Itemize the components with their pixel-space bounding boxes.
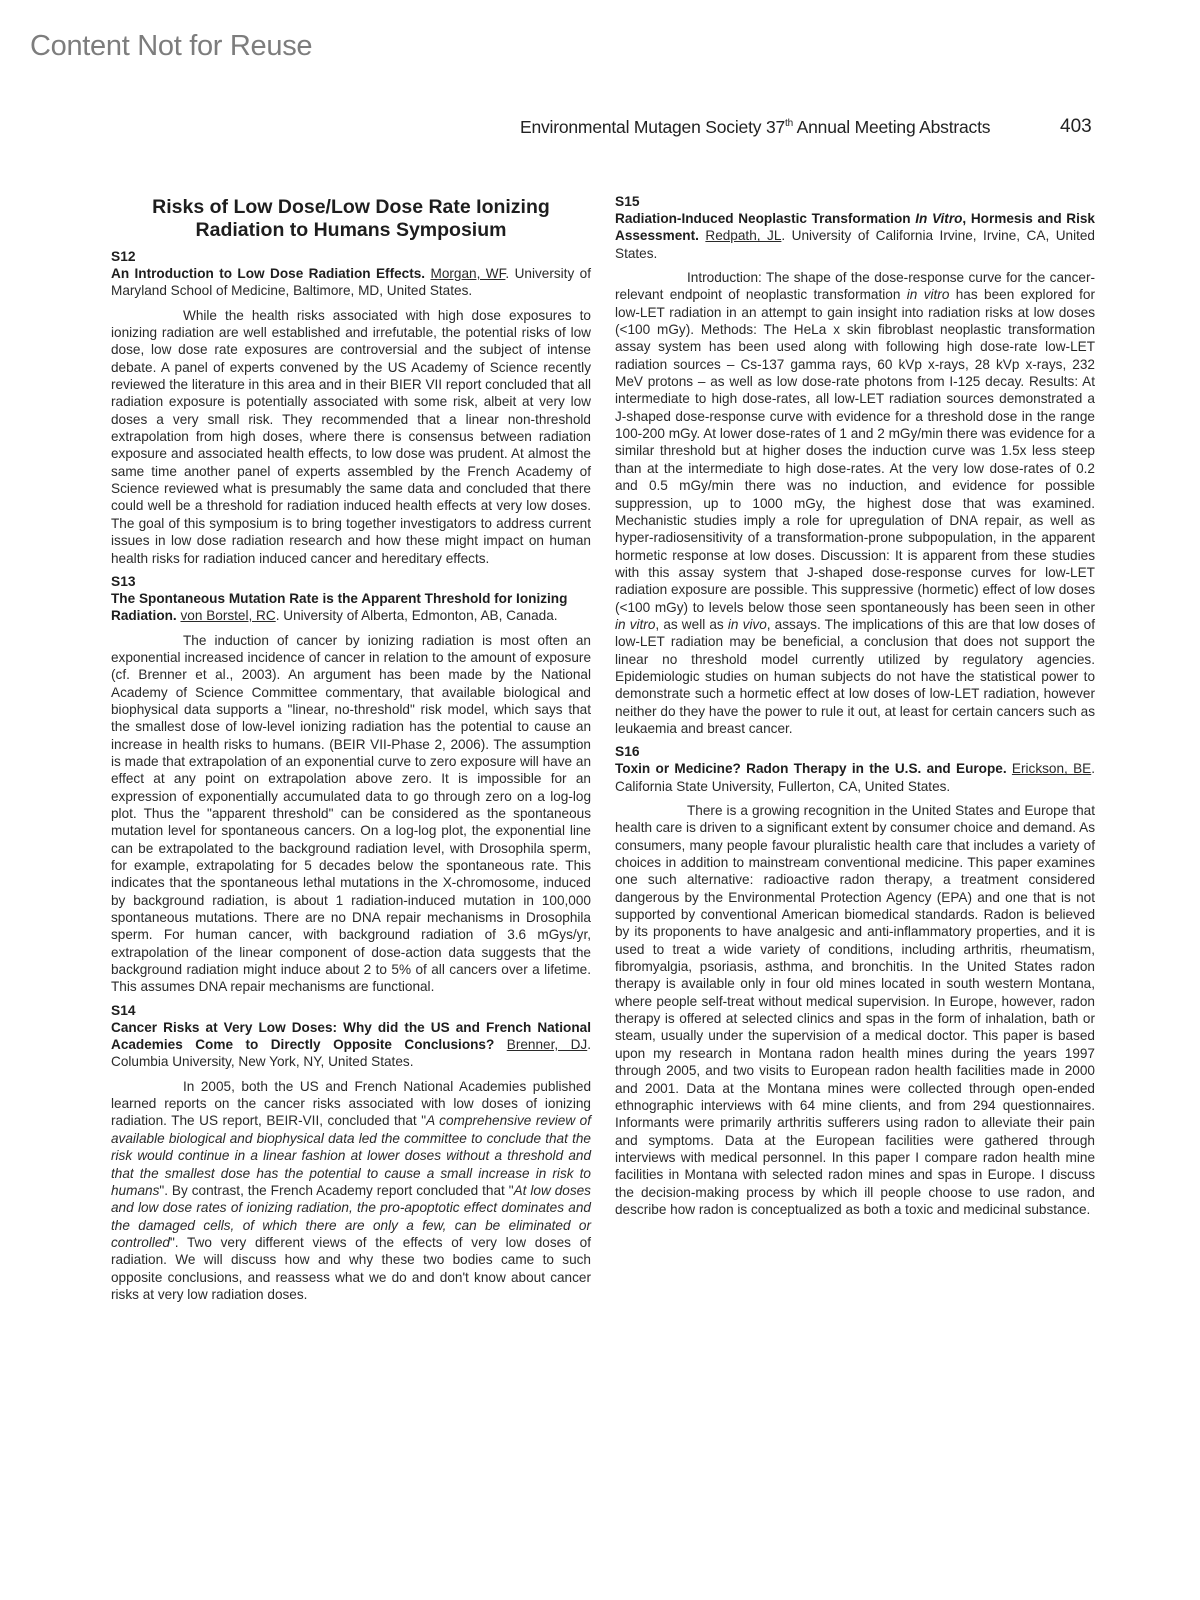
abstract-s13: S13 The Spontaneous Mutation Rate is the… bbox=[111, 573, 591, 996]
body-text: ". Two very different views of the effec… bbox=[111, 1235, 591, 1302]
body-text: , as well as bbox=[655, 617, 727, 632]
running-head-sup: th bbox=[785, 118, 793, 129]
abstract-id: S12 bbox=[111, 248, 591, 265]
body-italic: in vitro bbox=[615, 617, 655, 632]
abstract-header: The Spontaneous Mutation Rate is the App… bbox=[111, 590, 591, 625]
title-italic: In Vitro bbox=[915, 211, 962, 226]
affiliation: . University of Alberta, Edmonton, AB, C… bbox=[276, 608, 558, 623]
abstract-header: Radiation-Induced Neoplastic Transformat… bbox=[615, 210, 1095, 262]
abstract-header: Cancer Risks at Very Low Doses: Why did … bbox=[111, 1019, 591, 1071]
author-link[interactable]: Erickson, BE bbox=[1012, 761, 1091, 776]
abstract-s12: S12 An Introduction to Low Dose Radiatio… bbox=[111, 248, 591, 567]
author-link[interactable]: von Borstel, RC bbox=[181, 608, 276, 623]
body-italic: in vivo bbox=[728, 617, 767, 632]
body-text: has been explored for low-LET radiation … bbox=[615, 287, 1095, 614]
abstract-id: S15 bbox=[615, 193, 1095, 210]
abstract-id: S14 bbox=[111, 1002, 591, 1019]
title-text: Radiation-Induced Neoplastic Transformat… bbox=[615, 211, 915, 226]
abstract-header: An Introduction to Low Dose Radiation Ef… bbox=[111, 265, 591, 300]
symposium-title: Risks of Low Dose/Low Dose Rate Ionizing… bbox=[111, 196, 591, 242]
abstract-s16: S16 Toxin or Medicine? Radon Therapy in … bbox=[615, 743, 1095, 1218]
abstract-body: While the health risks associated with h… bbox=[111, 307, 591, 567]
watermark: Content Not for Reuse bbox=[30, 30, 312, 63]
author-link[interactable]: Morgan, WF bbox=[431, 266, 506, 281]
body-text: ". By contrast, the French Academy repor… bbox=[159, 1183, 513, 1198]
page-number: 403 bbox=[1060, 116, 1092, 138]
abstract-body: In 2005, both the US and French National… bbox=[111, 1078, 591, 1303]
abstract-id: S13 bbox=[111, 573, 591, 590]
body-italic: in vitro bbox=[907, 287, 950, 302]
author-link[interactable]: Brenner, DJ bbox=[507, 1037, 587, 1052]
abstract-s14: S14 Cancer Risks at Very Low Doses: Why … bbox=[111, 1002, 591, 1304]
abstract-id: S16 bbox=[615, 743, 1095, 760]
abstract-s15: S15 Radiation-Induced Neoplastic Transfo… bbox=[615, 193, 1095, 737]
abstract-header: Toxin or Medicine? Radon Therapy in the … bbox=[615, 760, 1095, 795]
author-link[interactable]: Redpath, JL bbox=[705, 228, 781, 243]
right-column: S15 Radiation-Induced Neoplastic Transfo… bbox=[615, 193, 1095, 1218]
abstract-title: An Introduction to Low Dose Radiation Ef… bbox=[111, 266, 425, 281]
abstract-body: There is a growing recognition in the Un… bbox=[615, 802, 1095, 1218]
abstract-title: Toxin or Medicine? Radon Therapy in the … bbox=[615, 761, 1007, 776]
left-column: Risks of Low Dose/Low Dose Rate Ionizing… bbox=[111, 196, 591, 1303]
running-head-suffix: Annual Meeting Abstracts bbox=[793, 117, 990, 137]
running-head-prefix: Environmental Mutagen Society 37 bbox=[520, 117, 785, 137]
running-head: Environmental Mutagen Society 37th Annua… bbox=[520, 117, 990, 138]
abstract-body: Introduction: The shape of the dose-resp… bbox=[615, 269, 1095, 737]
body-text: , assays. The implications of this are t… bbox=[615, 617, 1095, 736]
abstract-body: The induction of cancer by ionizing radi… bbox=[111, 632, 591, 996]
